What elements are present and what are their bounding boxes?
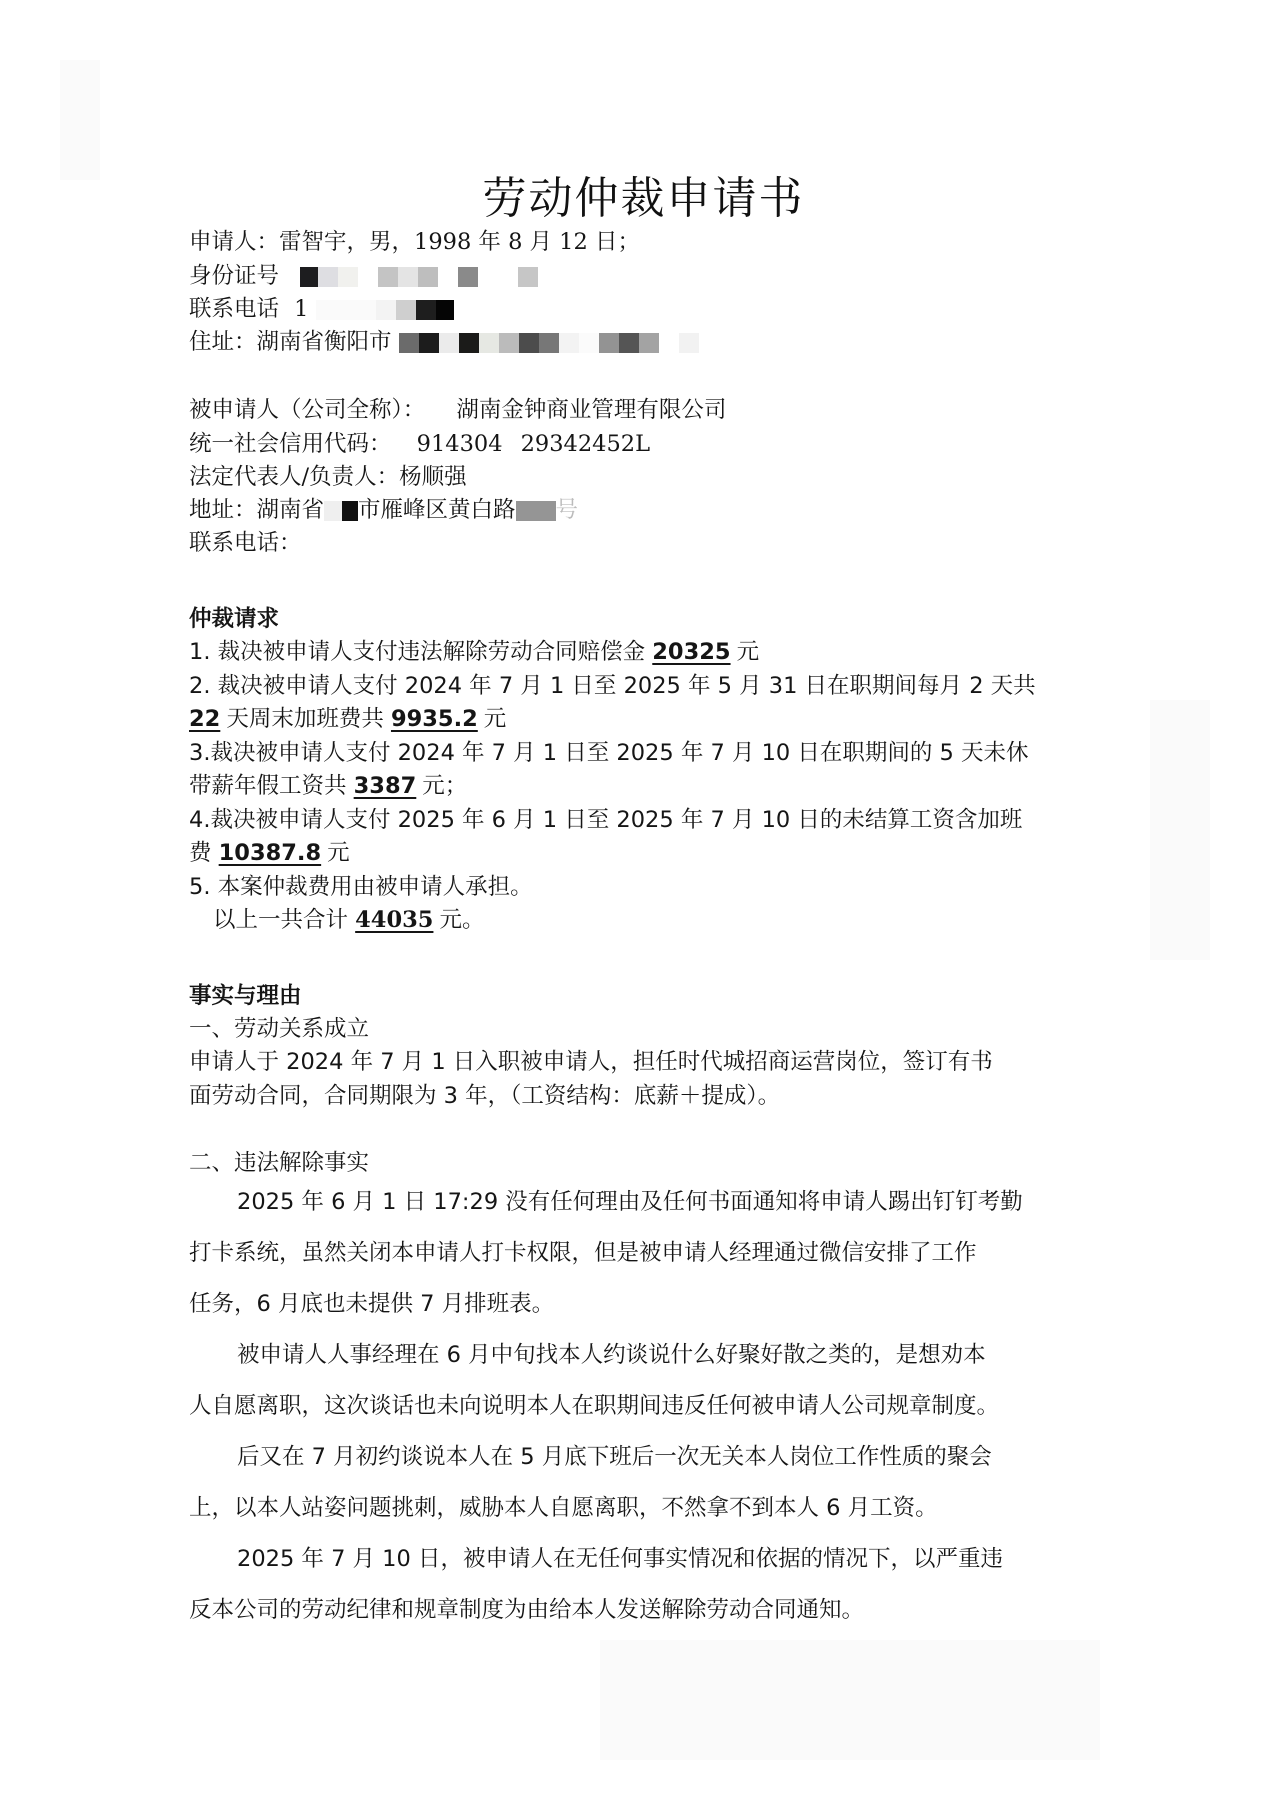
phone-redaction — [316, 296, 454, 322]
claim-item-2-line2: 22天周末加班费共 9935.2元 — [189, 703, 506, 735]
respondent-name-label: 被申请人（公司全称）： — [189, 397, 425, 423]
paragraph-line: 反本公司的劳动纪律和规章制度为由给本人发送解除劳动合同通知。 — [189, 1594, 864, 1626]
claims-total: 以上一共合计 44035元。 — [213, 904, 484, 936]
claim-amount: 20325 — [652, 639, 736, 665]
credit-code-redaction — [503, 435, 521, 455]
credit-code-label: 统一社会信用代码： — [189, 431, 392, 457]
id-redaction — [300, 263, 538, 289]
respondent-name-value: 湖南金钟商业管理有限公司 — [456, 397, 726, 423]
claim-item-4-line2: 费 10387.8元 — [189, 837, 350, 869]
paragraph-line: 2025 年 7 月 10 日，被申请人在无任何事实情况和依据的情况下，以严重违 — [189, 1543, 1003, 1575]
claim-item-2-line1: 2. 裁决被申请人支付 2024 年 7 月 1 日至 2025 年 5 月 3… — [189, 670, 1036, 702]
paragraph-line: 上，以本人站姿问题挑刺，威胁本人自愿离职，不然拿不到本人 6 月工资。 — [189, 1492, 938, 1524]
legal-rep-row: 法定代表人/负责人：杨顺强 — [189, 461, 467, 493]
applicant-id-row: 身份证号 — [189, 260, 538, 292]
paragraph-line: 打卡系统，虽然关闭本申请人打卡权限，但是被申请人经理通过微信安排了工作 — [189, 1237, 977, 1269]
section-1-line: 申请人于 2024 年 7 月 1 日入职被申请人，担任时代城招商运营岗位，签订… — [189, 1046, 993, 1078]
address-label: 住址：湖南省衡阳市 — [189, 329, 392, 355]
applicant-address-row: 住址：湖南省衡阳市 — [189, 326, 699, 358]
applicant-phone-row: 联系电话 1 — [189, 293, 454, 325]
claim-amount: 10387.8 — [219, 840, 327, 866]
respondent-address-number-redaction — [516, 501, 556, 521]
respondent-phone-row: 联系电话： — [189, 527, 302, 559]
respondent-address-suffix: 号 — [556, 497, 579, 523]
paragraph-line: 被申请人人事经理在 6 月中旬找本人约谈说什么好聚好散之类的，是想劝本 — [189, 1339, 986, 1371]
section-1-heading: 一、劳动关系成立 — [189, 1013, 369, 1045]
section-2-heading: 二、违法解除事实 — [189, 1147, 369, 1179]
claim-amount: 3387 — [354, 773, 423, 799]
credit-code-prefix: 914304 — [417, 431, 503, 457]
respondent-address-redaction — [324, 501, 342, 521]
respondent-address-middle: 市雁峰区黄白路 — [358, 497, 516, 523]
claim-days: 22 — [189, 706, 226, 732]
paragraph-line: 任务，6 月底也未提供 7 月排班表。 — [189, 1288, 554, 1320]
phone-prefix: 1 — [294, 296, 308, 322]
address-redaction — [399, 329, 699, 355]
respondent-address-row: 地址：湖南省市雁峰区黄白路号 — [189, 494, 578, 526]
document-title: 劳动仲裁申请书 — [0, 162, 1267, 226]
id-label: 身份证号 — [189, 263, 279, 289]
bleed-through-mark — [600, 1640, 1100, 1760]
respondent-name-row: 被申请人（公司全称）： 湖南金钟商业管理有限公司 — [189, 394, 726, 426]
credit-code-row: 统一社会信用代码： 91430429342452L — [189, 428, 650, 460]
facts-heading: 事实与理由 — [189, 980, 302, 1012]
claim-item-3-line1: 3.裁决被申请人支付 2024 年 7 月 1 日至 2025 年 7 月 10… — [189, 737, 1029, 769]
phone-label: 联系电话 — [189, 296, 279, 322]
document-page: 劳动仲裁申请书 申请人：雷智宇，男，1998 年 8 月 12 日； 身份证号 … — [0, 0, 1267, 1808]
section-1-line: 面劳动合同，合同期限为 3 年，（工资结构：底薪＋提成）。 — [189, 1080, 780, 1112]
paragraph-line: 后又在 7 月初约谈说本人在 5 月底下班后一次无关本人岗位工作性质的聚会 — [189, 1441, 992, 1473]
respondent-address-label: 地址：湖南省 — [189, 497, 324, 523]
credit-code-suffix: 29342452L — [521, 431, 650, 457]
total-amount: 44035 — [355, 907, 439, 933]
claims-heading: 仲裁请求 — [189, 603, 279, 635]
claim-amount: 9935.2 — [391, 706, 484, 732]
paragraph-line: 2025 年 6 月 1 日 17:29 没有任何理由及任何书面通知将申请人踢出… — [189, 1186, 1023, 1218]
applicant-line: 申请人：雷智宇，男，1998 年 8 月 12 日； — [189, 226, 640, 258]
bleed-through-mark — [1150, 700, 1210, 960]
claim-item-3-line2: 带薪年假工资共 3387元； — [189, 770, 467, 802]
claim-item-4-line1: 4.裁决被申请人支付 2025 年 6 月 1 日至 2025 年 7 月 10… — [189, 804, 1022, 836]
claim-item-1: 1. 裁决被申请人支付违法解除劳动合同赔偿金 20325元 — [189, 636, 759, 668]
claim-item-5: 5. 本案仲裁费用由被申请人承担。 — [189, 871, 533, 903]
paragraph-line: 人自愿离职，这次谈话也未向说明本人在职期间违反任何被申请人公司规章制度。 — [189, 1390, 999, 1422]
